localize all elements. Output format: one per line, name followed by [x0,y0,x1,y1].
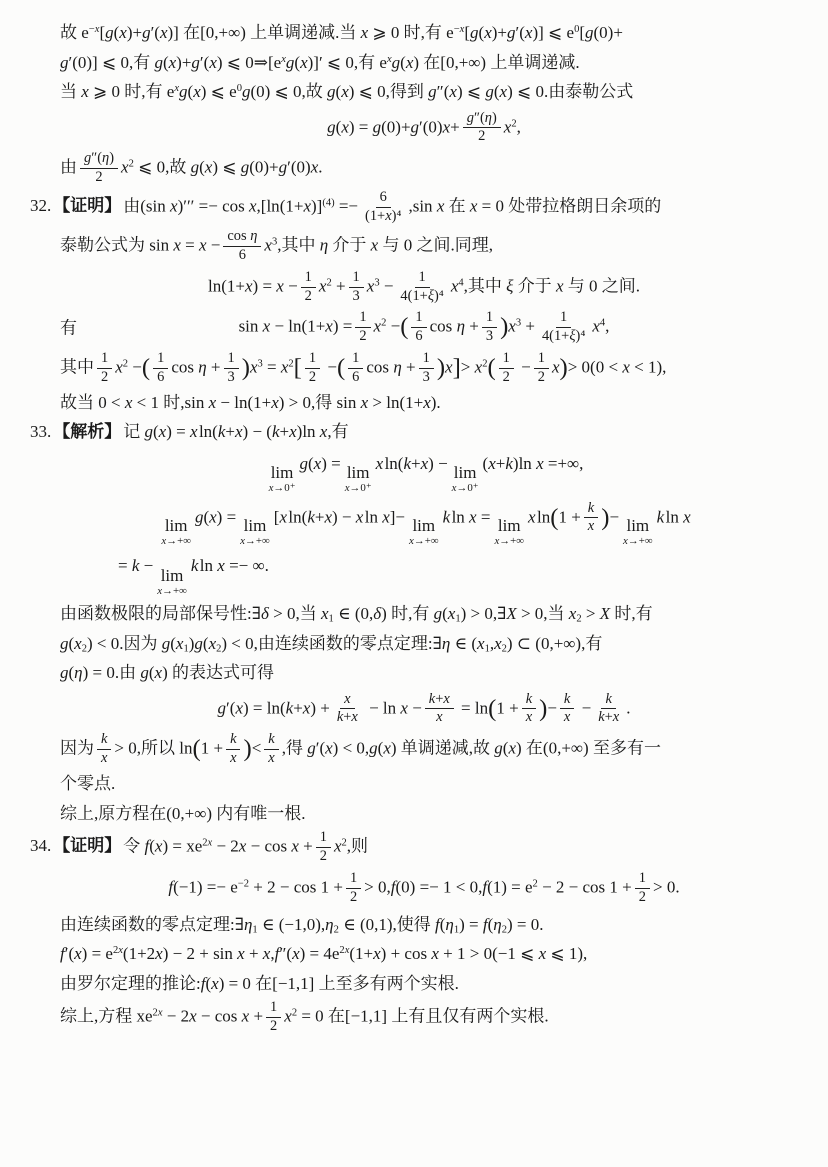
superscript: 2 [326,277,331,288]
big-delimiter: ) [560,354,568,381]
math-variable: k [307,507,315,526]
math-variable: x [445,357,453,376]
math-variable: x [344,691,350,707]
math-variable: k [272,422,280,441]
fraction: 13 [349,270,364,305]
math-variable: g [485,82,494,101]
math-variable: g [279,158,288,177]
math-variable: x [158,1008,163,1019]
math-variable: x [345,945,350,956]
fraction-denominator: x [584,518,598,535]
math-variable: k [286,698,294,717]
formula-line: ln(1+x) = x −12x2 +13x3 −14(1+ξ)⁴x4,其中 ξ… [60,270,788,305]
big-delimiter: ( [142,354,150,381]
lim-word: lim [498,517,521,535]
subscript: 2 [576,614,581,625]
formula-line: f(−1) =− e−2 + 2 − cos 1 +12> 0,f(0) =− … [60,871,788,906]
math-variable: ξ [428,288,434,304]
math-variable: x [279,507,287,526]
math-variable: x [235,698,243,717]
fraction-numerator: 1 [635,871,650,889]
math-variable: x [361,393,369,412]
math-variable: g [369,739,378,758]
math-variable: η [198,357,206,376]
limit-operator: limx→+∞ [623,517,653,547]
math-variable: f [60,944,65,963]
fraction-denominator: 2 [305,369,320,386]
math-variable: x [291,836,299,855]
math-variable: f [201,974,206,993]
math-variable: f [391,877,396,896]
fraction-denominator: 3 [349,288,364,305]
fraction: 12 [266,1000,281,1035]
math-variable: x [303,196,311,215]
fraction-numerator: 1 [415,270,430,288]
fraction-numerator: 1 [346,871,361,889]
math-variable: x [477,634,485,653]
math-variable: x [190,422,198,441]
math-variable: g [242,82,251,101]
fraction: kx [584,501,598,536]
fraction-numerator: 1 [419,351,434,369]
math-variable: x [155,663,163,682]
math-variable: x [115,357,123,376]
math-variable: g [140,663,149,682]
fraction-denominator: 6 [411,328,426,345]
math-variable: x [95,24,100,35]
fraction: 16 [348,351,363,386]
fraction-numerator: k [601,692,615,710]
math-variable: x [199,235,207,254]
fraction-denominator: k+x [333,709,362,726]
problem-start-line: 33.【解析】记 g(x) = x ln(k+x) − (k+x)ln x,有 [60,419,788,445]
math-variable: g [241,158,250,177]
text-line: 个零点. [60,771,788,797]
math-variable: x [436,709,442,725]
fraction: 12 [346,871,361,906]
math-variable: x [525,23,533,42]
subscript: 1 [455,614,460,625]
fraction-denominator: 2 [97,369,112,386]
math-variable: f [168,877,173,896]
superscript: 4 [458,277,463,288]
math-variable: x [488,454,496,473]
big-delimiter: ) [243,735,251,762]
lim-word: lim [412,517,435,535]
math-variable: x [263,317,271,336]
math-variable: x [155,836,163,855]
fraction: 13 [419,351,434,386]
limit-subscript: x→+∞ [623,536,653,547]
math-variable: x [622,357,630,376]
fraction: 6(1+x)⁴ [361,190,405,225]
text-line: 综上,方程 xe2x − 2x − cos x +12x2 = 0 在[−1,1… [60,1000,788,1035]
math-variable: x [284,1006,292,1025]
math-variable: g [373,117,382,136]
math-variable: x [508,739,516,758]
math-variable: g [299,454,308,473]
fraction-numerator: 1 [349,270,364,288]
math-variable: x [263,944,271,963]
math-variable: k [101,731,107,747]
math-variable: x [409,535,414,547]
math-variable: g [154,53,163,72]
math-variable: η [325,915,333,934]
fraction-numerator: 1 [316,830,331,848]
math-variable: x [209,634,217,653]
math-variable: x [193,82,201,101]
fraction: 12 [355,310,370,345]
math-variable: x [536,454,544,473]
math-variable: x [155,944,163,963]
superscript: 3 [516,318,521,329]
fraction-denominator: 2 [91,169,106,186]
math-variable: x [374,317,382,336]
math-variable: x [205,158,213,177]
math-variable: x [209,393,217,412]
line-lead-word: 有 [60,315,77,341]
math-variable: x [271,393,279,412]
math-variable: k [268,731,274,747]
math-variable: k [598,709,604,725]
fraction-numerator: k [522,692,536,710]
fraction: kx [97,732,111,767]
math-variable: x [452,482,457,494]
math-variable: x [361,23,369,42]
math-variable: δ [373,604,381,623]
math-variable: η [485,110,492,126]
fraction-denominator: 4(1+ξ)⁴ [396,288,447,305]
math-variable: x [528,507,536,526]
text-line: g(η) = 0.由 g(x) 的表达式可得 [60,660,788,686]
text-line: 其中12x2 −(16cos η +13)x3 = x2[12 −(16cos … [60,351,788,386]
math-variable: x [161,535,166,547]
subscript: 2 [502,924,507,935]
math-variable: x [508,317,516,336]
lim-word: lim [271,464,294,482]
math-variable: g [585,23,594,42]
fraction-denominator: 3 [419,369,434,386]
fraction-denominator: 2 [534,369,549,386]
math-variable: f [275,944,280,963]
math-variable: k [337,709,343,725]
math-variable: x [189,1006,197,1025]
math-variable: x [289,422,297,441]
lim-word: lim [454,464,477,482]
formula-line: limx→0⁺g(x) =limx→0⁺x ln(k+x) −limx→0⁺(x… [60,451,788,495]
lim-word: lim [626,517,649,535]
fraction-denominator: 6 [153,369,168,386]
math-variable: x [484,23,492,42]
math-variable: g [191,53,200,72]
fraction-denominator: x [522,709,536,726]
math-variable: x [539,944,547,963]
math-variable: x [209,53,217,72]
limit-subscript: x→+∞ [157,586,187,597]
superscript: 2x [202,838,212,849]
math-variable: g [286,53,295,72]
limit-subscript: x→+∞ [494,536,524,547]
superscript: 3 [272,236,277,247]
math-variable: x [74,944,82,963]
math-variable: g [195,507,204,526]
superscript: 3 [258,359,263,370]
formula-line: limx→+∞g(x) =limx→+∞[x ln(k+x) − x ln x]… [60,501,788,548]
math-variable: x [320,422,328,441]
math-variable: g [218,698,227,717]
fraction: 12 [316,830,331,865]
math-variable: x [421,454,429,473]
math-variable: g [191,158,200,177]
fraction-numerator: 1 [499,351,514,369]
text-line: = k −limx→+∞k ln x =− ∞. [118,553,788,597]
problem-label: 【证明】 [53,836,121,855]
lim-word: lim [165,517,188,535]
math-variable: g [60,634,69,653]
fraction: 16 [153,351,168,386]
text-line: 因为kx> 0,所以 ln(1 +kx)<kx,得 g′(x) < 0,g(x)… [60,732,788,767]
fraction: 13 [482,310,497,345]
superscript: 2 [533,878,538,889]
math-variable: x [239,836,247,855]
math-variable: x [242,1006,250,1025]
math-variable: x [230,750,236,766]
problem-start-line: 34.【证明】令 f(x) = xe2x − 2x − cos x +12x2,… [60,830,788,865]
fraction-denominator: x [560,709,574,726]
math-variable: x [324,507,332,526]
math-variable: x [382,507,390,526]
math-variable: x [592,317,600,336]
math-variable: k [443,507,451,526]
subscript: 2 [216,643,221,654]
math-variable: x [303,698,311,717]
math-variable: k [505,454,513,473]
fraction-denominator: x [97,750,111,767]
math-variable: g [327,117,336,136]
fraction-denominator: x [432,709,446,726]
math-variable: x [385,208,391,224]
math-variable: x [157,585,162,597]
math-variable: g [434,604,443,623]
math-variable: g [194,634,203,653]
fraction: 13 [224,351,239,386]
big-delimiter: ( [550,503,558,530]
math-variable: x [526,709,532,725]
math-variable: η [442,634,450,653]
math-variable: g [162,634,171,653]
math-variable: k [564,691,570,707]
fraction-numerator: cos η [223,229,261,247]
superscript: (4) [322,198,334,209]
big-delimiter: ( [487,354,495,381]
fraction-denominator: 2 [474,128,489,145]
fraction-numerator: 1 [301,270,316,288]
fraction-numerator: 1 [97,351,112,369]
math-variable: x [351,709,357,725]
fraction-denominator: 3 [224,369,239,386]
math-variable: x [121,158,129,177]
fraction-numerator: k [584,501,598,519]
math-variable: g [470,23,479,42]
superscript: −x [89,24,100,35]
math-variable: x [235,422,243,441]
math-variable: x [469,507,477,526]
math-variable: x [250,357,258,376]
fraction: 12 [305,351,320,386]
math-variable: x [371,235,379,254]
fraction-denominator: 2 [301,288,316,305]
math-variable: x [552,357,560,376]
fraction-numerator: 1 [348,351,363,369]
subscript: 2 [502,643,507,654]
math-variable: x [74,634,82,653]
fraction-numerator: 1 [411,310,426,328]
math-variable: k [657,507,665,526]
fraction-denominator: x [264,750,278,767]
big-delimiter: ( [337,354,345,381]
limit-operator: limx→+∞ [240,517,270,547]
math-variable: x [460,24,465,35]
limit-subscript: x→0⁺ [345,483,372,494]
fraction-numerator: k [97,732,111,750]
math-variable: k [191,556,199,575]
math-variable: k [218,422,226,441]
math-variable: g [179,82,188,101]
math-variable: x [237,944,245,963]
fraction-numerator: 6 [376,190,391,208]
subscript: 1 [183,643,188,654]
math-variable: x [101,750,107,766]
fraction-denominator: 2 [355,328,370,345]
math-variable: x [292,944,300,963]
fraction-numerator: 1 [266,1000,281,1018]
math-variable: X [600,604,610,623]
superscript: 2 [511,118,516,129]
fraction-denominator: 4(1+ξ)⁴ [538,328,589,345]
lim-word: lim [244,517,267,535]
math-variable: x [125,393,133,412]
math-variable: f [482,877,487,896]
math-variable: ξ [506,276,513,295]
math-variable: x [494,634,502,653]
math-variable: η [457,317,465,336]
fraction-denominator: (1+x)⁴ [361,208,405,225]
math-variable: x [613,709,619,725]
text-line: g(x2) < 0.因为 g(x1)g(x2) < 0,由连续函数的零点定理:∃… [60,631,788,657]
fraction: kx [522,692,536,727]
math-variable: x [311,158,319,177]
fraction-numerator: 1 [482,310,497,328]
math-variable: δ [261,604,269,623]
fraction: 14(1+ξ)⁴ [538,310,589,345]
fraction-denominator: 2 [316,848,331,865]
math-variable: g [142,23,151,42]
fraction: kx [226,732,240,767]
text-line: 由罗尔定理的推论:f(x) = 0 在[−1,1] 上至多有两个实根. [60,971,788,997]
fraction: 12 [635,871,650,906]
fraction: kk+x [594,692,623,727]
limit-subscript: x→+∞ [409,536,439,547]
math-variable: η [320,235,328,254]
math-variable: η [250,228,257,244]
fraction: 12 [499,351,514,386]
subscript: 2 [82,643,87,654]
limit-operator: limx→+∞ [409,517,439,547]
fraction-denominator: 2 [635,889,650,906]
math-variable: x [208,838,213,849]
math-variable: x [443,117,451,136]
math-variable: x [406,53,414,72]
math-variable: x [373,944,381,963]
fraction-numerator: k+x [425,692,454,710]
formula-line: g′(x) = ln(k+x) +xk+x − ln x −k+xx = ln(… [60,692,788,727]
big-delimiter: [ [294,354,302,381]
limit-subscript: x→0⁺ [269,483,296,494]
math-variable: g [60,663,69,682]
fraction: kx [560,692,574,727]
text-line: 由函数极限的局部保号性:∃δ > 0,当 x1 ∈ (0,δ) 时,有 g(x1… [60,601,788,627]
math-variable: x [173,235,181,254]
fraction: 12 [534,351,549,386]
problem-label: 【证明】 [53,196,121,215]
math-variable: x [470,196,478,215]
fraction-denominator: 2 [499,369,514,386]
math-variable: g [60,53,69,72]
fraction-numerator: k [560,692,574,710]
problem-label: 【解析】 [53,422,121,441]
superscript: 0 [574,24,579,35]
superscript: −2 [238,878,249,889]
superscript: 2x [153,1008,163,1019]
formula-line: g(x) = g(0)+g′(0)x+g″(η)2x2, [60,111,788,146]
fraction: g″(η)2 [80,151,118,186]
math-variable: x [588,518,594,534]
math-variable: g [105,23,114,42]
math-variable: x [325,739,333,758]
fraction-numerator: k [264,732,278,750]
big-delimiter: ] [453,354,461,381]
math-variable: k [526,691,532,707]
superscript: 2 [129,159,134,170]
text-line: 综上,原方程在(0,+∞) 内有唯一根. [60,801,788,827]
fraction: cos η6 [223,229,261,264]
limit-subscript: x→0⁺ [452,483,479,494]
fraction-denominator: 6 [235,247,250,264]
big-delimiter: ( [488,694,496,721]
math-variable: x [345,482,350,494]
superscript: 4 [600,318,605,329]
subscript: 1 [329,614,334,625]
math-variable: η [493,915,501,934]
math-variable: x [423,393,431,412]
math-variable: x [341,117,349,136]
fraction: k+xx [425,692,454,727]
problem-number: 34. [30,836,51,855]
superscript: −x [454,24,465,35]
text-line: 故当 0 < x < 1 时,sin x − ln(1+x) > 0,得 sin… [60,390,788,416]
math-variable: k [230,731,236,747]
fraction-numerator: k [226,732,240,750]
superscript: 2x [113,945,123,956]
lim-word: lim [161,567,184,585]
math-variable: x [268,750,274,766]
document-page: 故 e−x[g(x)+g′(x)] 在[0,+∞) 上单调递减.当 x ⩾ 0 … [0,0,828,1035]
limit-subscript: x→+∞ [161,536,191,547]
text-line: 故 e−x[g(x)+g′(x)] 在[0,+∞) 上单调递减.当 x ⩾ 0 … [60,20,788,46]
big-delimiter: ( [400,313,408,340]
math-variable: g [411,117,420,136]
math-variable: x [211,974,219,993]
